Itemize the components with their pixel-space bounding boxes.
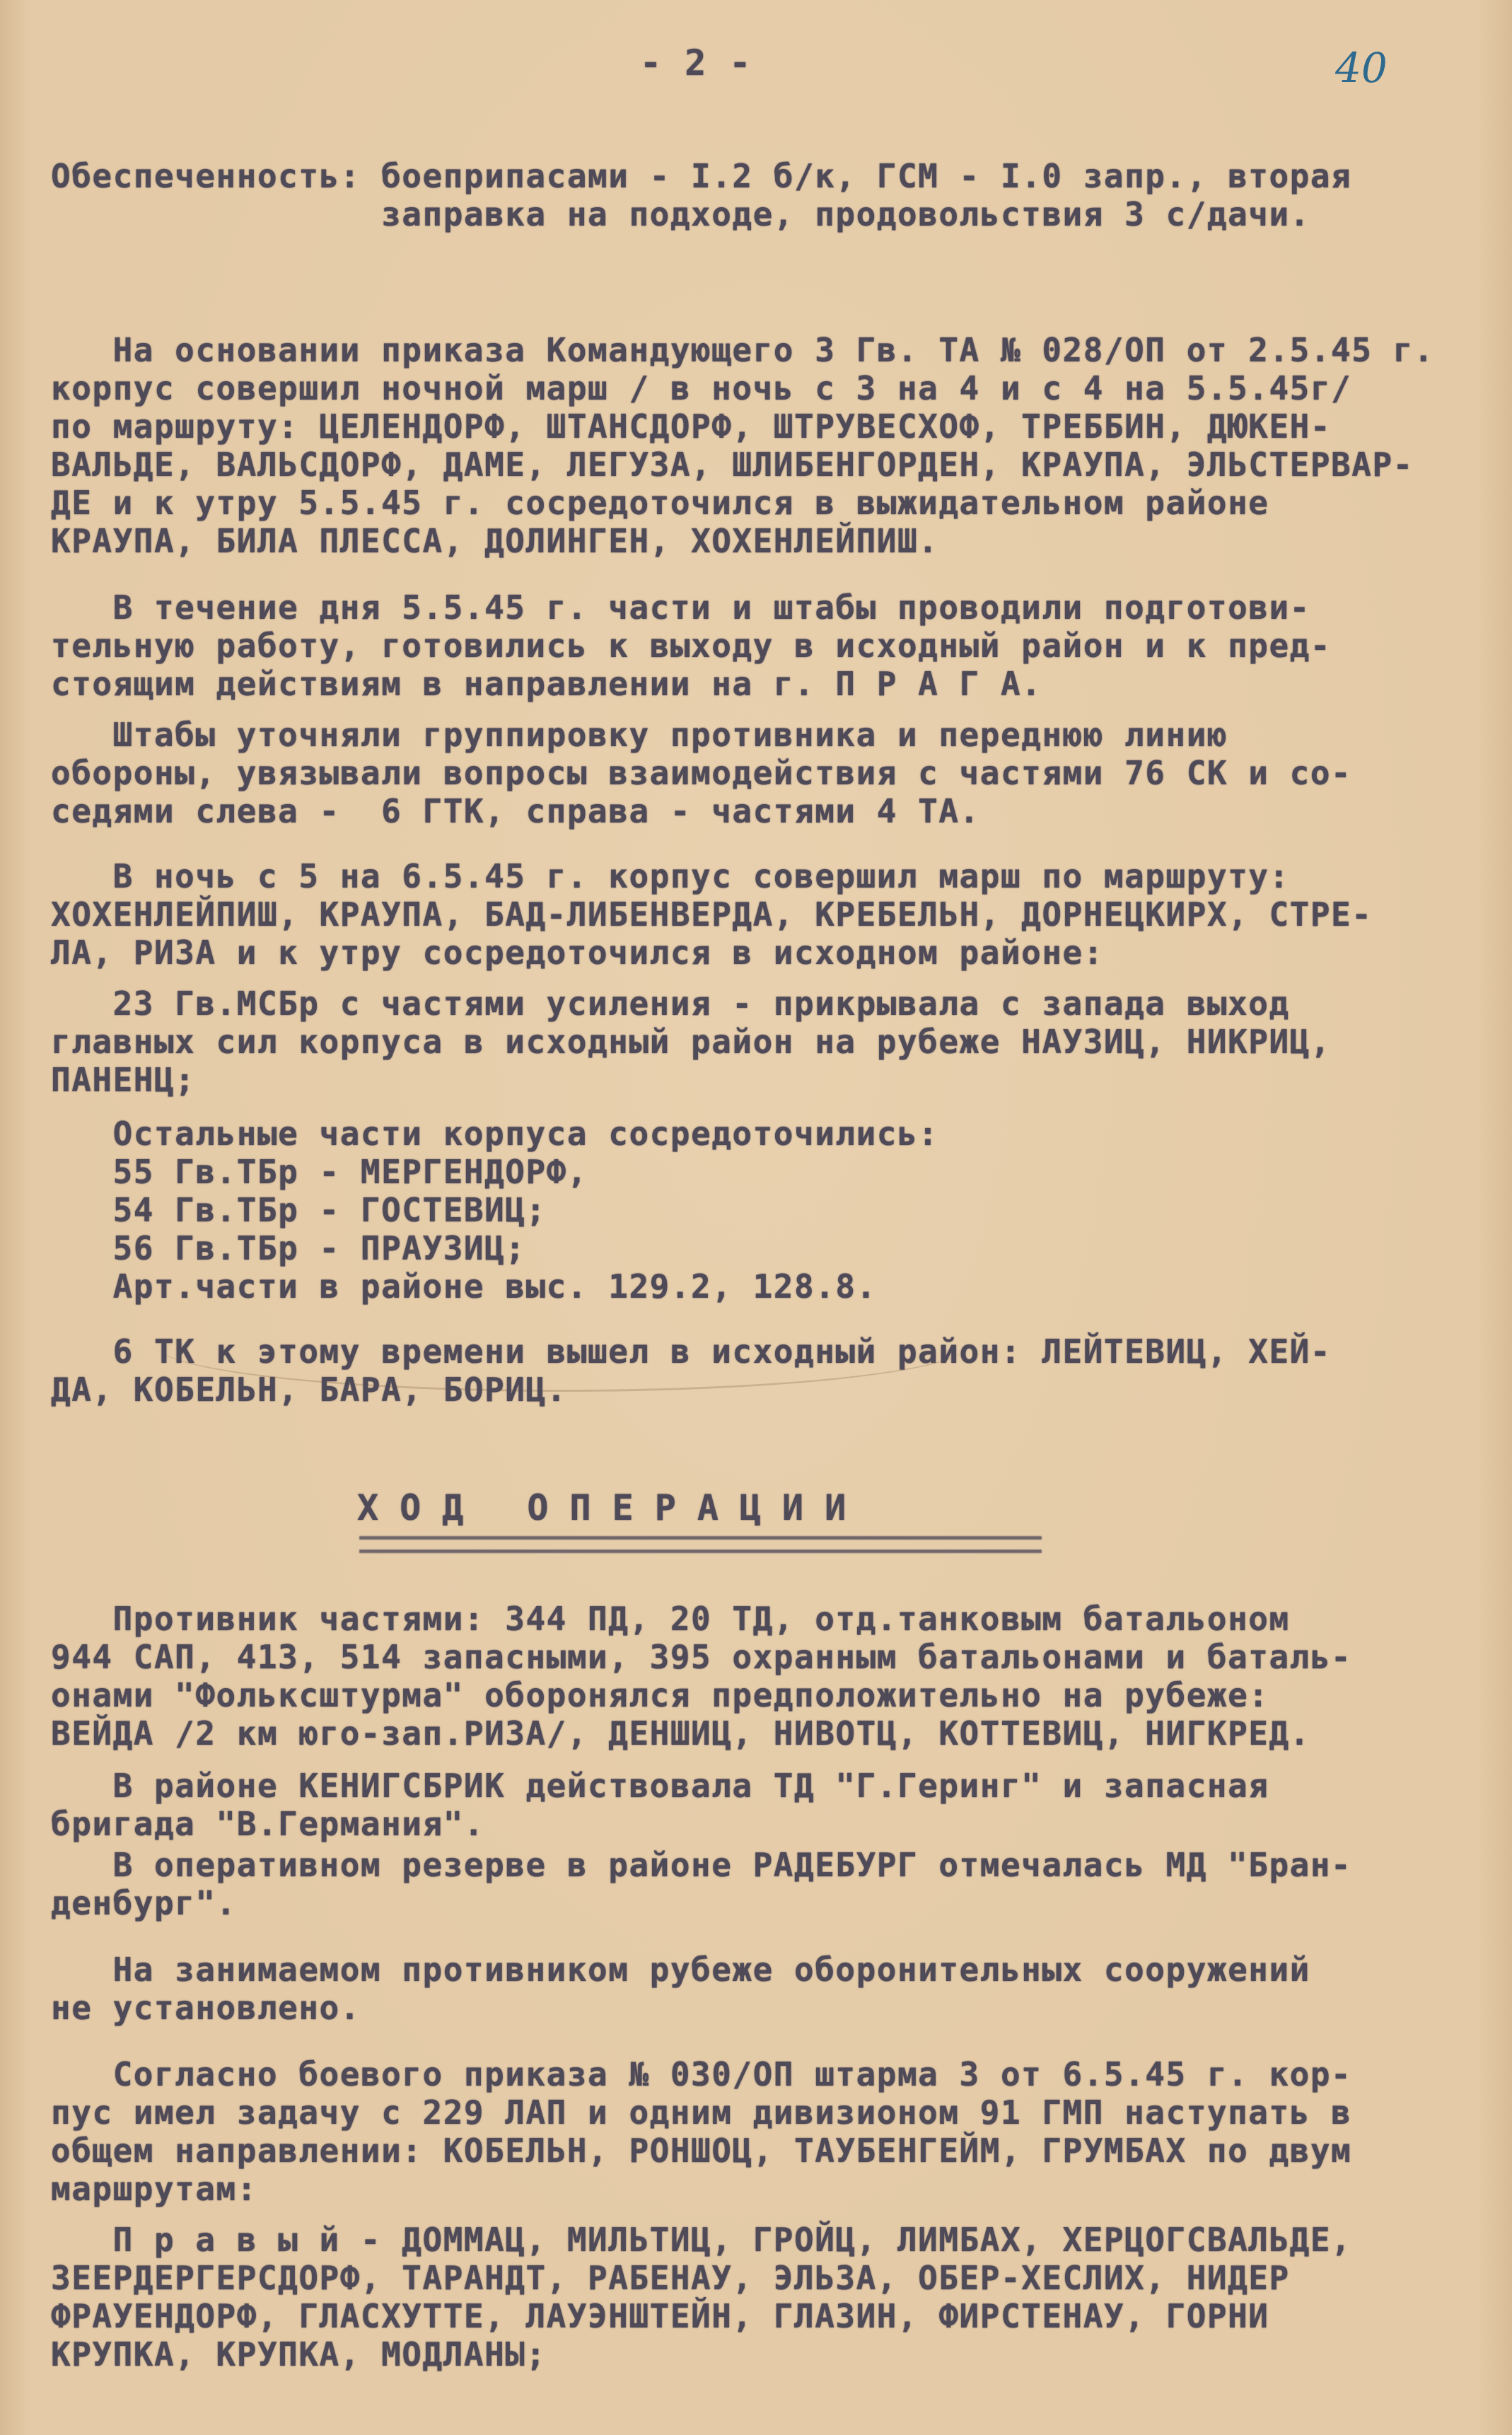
paragraph-line: ПАНЕНЦ; — [51, 1061, 195, 1099]
paragraph-line: 6 ТК к этому времени вышел в исходный ра… — [51, 1332, 1331, 1371]
paragraph-line: по маршруту: ЦЕЛЕНДОРФ, ШТАНСДОРФ, ШТРУВ… — [51, 407, 1331, 446]
paragraph-line: онами "Фольксштурма" оборонялся предполо… — [51, 1676, 1269, 1714]
paragraph-line: стоящим действиям в направлении на г. П … — [51, 665, 1042, 703]
unit-line: 54 Гв.ТБр - ГОСТЕВИЦ; — [51, 1191, 547, 1229]
unit-line: Арт.части в районе выс. 129.2, 128.8. — [51, 1267, 877, 1306]
supply-line-1: Обеспеченность: боеприпасами - I.2 б/к, … — [51, 157, 1351, 195]
paragraph-line: В оперативном резерве в районе РАДЕБУРГ … — [51, 1846, 1351, 1884]
paragraph-line: Противник частями: 344 ПД, 20 ТД, отд.та… — [51, 1600, 1290, 1638]
paragraph-line: Согласно боевого приказа № 030/ОП штарма… — [51, 2055, 1351, 2093]
paragraph-line: 23 Гв.МСБр с частями усиления - прикрыва… — [51, 984, 1290, 1023]
paragraph-line: бригада "В.Германия". — [51, 1805, 484, 1843]
page-number: - 2 - — [640, 44, 752, 82]
paragraph-line: ДЕ и к утру 5.5.45 г. сосредоточился в в… — [51, 484, 1269, 522]
paragraph-line: Штабы уточняли группировку противника и … — [51, 716, 1228, 754]
paragraph-line: маршрутам: — [51, 2170, 257, 2208]
paragraph-line: 944 САП, 413, 514 запасными, 395 охранны… — [51, 1638, 1351, 1676]
route-line: ЗЕЕРДЕРГЕРСДОРФ, ТАРАНДТ, РАБЕНАУ, ЭЛЬЗА… — [51, 2259, 1290, 2297]
paragraph-line: обороны, увязывали вопросы взаимодействи… — [51, 754, 1351, 792]
paragraph-line: не установлено. — [51, 1989, 361, 2027]
paragraph-line: седями слева - 6 ГТК, справа - частями 4… — [51, 792, 980, 830]
paragraph-line: В ночь с 5 на 6.5.45 г. корпус совершил … — [51, 857, 1290, 895]
supply-line-2: заправка на подходе, продовольствия 3 с/… — [51, 195, 1310, 233]
route-line: КРУПКА, КРУПКА, МОДЛАНЫ; — [51, 2335, 547, 2373]
paragraph-line: денбург". — [51, 1884, 237, 1922]
section-heading: ХОД ОПЕРАЦИИ — [357, 1489, 867, 1527]
paragraph-line: В районе КЕНИГСБРИК действовала ТД "Г.Ге… — [51, 1767, 1269, 1805]
paragraph-line: КРАУПА, БИЛА ПЛЕССА, ДОЛИНГЕН, ХОХЕНЛЕЙП… — [51, 522, 938, 560]
paragraph-line: ДА, КОБЕЛЬН, БАРА, БОРИЦ. — [51, 1371, 567, 1409]
route-line: П р а в ы й - ДОММАЦ, МИЛЬТИЦ, ГРОЙЦ, ЛИ… — [51, 2221, 1351, 2259]
route-line: ФРАУЕНДОРФ, ГЛАСХУТТЕ, ЛАУЭНШТЕЙН, ГЛАЗИ… — [51, 2297, 1269, 2335]
archive-handwritten-number: 40 — [1335, 44, 1388, 92]
paragraph-line: ЛА, РИЗА и к утру сосредоточился в исход… — [51, 934, 1104, 972]
paragraph-line: общем направлении: КОБЕЛЬН, РОНШОЦ, ТАУБ… — [51, 2132, 1351, 2170]
paragraph-line: пус имел задачу с 229 ЛАП и одним дивизи… — [51, 2093, 1351, 2132]
paragraph-line: В течение дня 5.5.45 г. части и штабы пр… — [51, 588, 1310, 627]
unit-line: 56 Гв.ТБр - ПРАУЗИЦ; — [51, 1229, 525, 1267]
paragraph-line: ВЕЙДА /2 км юго-зап.РИЗА/, ДЕНШИЦ, НИВОТ… — [51, 1714, 1310, 1753]
paragraph-line: главных сил корпуса в исходный район на … — [51, 1023, 1331, 1061]
unit-line: 55 Гв.ТБр - МЕРГЕНДОРФ, — [51, 1153, 588, 1191]
paragraph-line: На занимаемом противником рубеже оборони… — [51, 1951, 1310, 1989]
paragraph-line: Остальные части корпуса сосредоточились: — [51, 1115, 938, 1153]
heading-double-underline — [359, 1536, 1042, 1553]
paragraph-line: ВАЛЬДЕ, ВАЛЬСДОРФ, ДАМЕ, ЛЕГУЗА, ШЛИБЕНГ… — [51, 446, 1414, 484]
paragraph-line: корпус совершил ночной марш / в ночь с 3… — [51, 369, 1351, 407]
paragraph-line: ХОХЕНЛЕЙПИШ, КРАУПА, БАД-ЛИБЕНВЕРДА, КРЕ… — [51, 895, 1372, 934]
paragraph-line: тельную работу, готовились к выходу в ис… — [51, 627, 1331, 665]
paragraph-line: На основании приказа Командующего 3 Гв. … — [51, 331, 1434, 369]
